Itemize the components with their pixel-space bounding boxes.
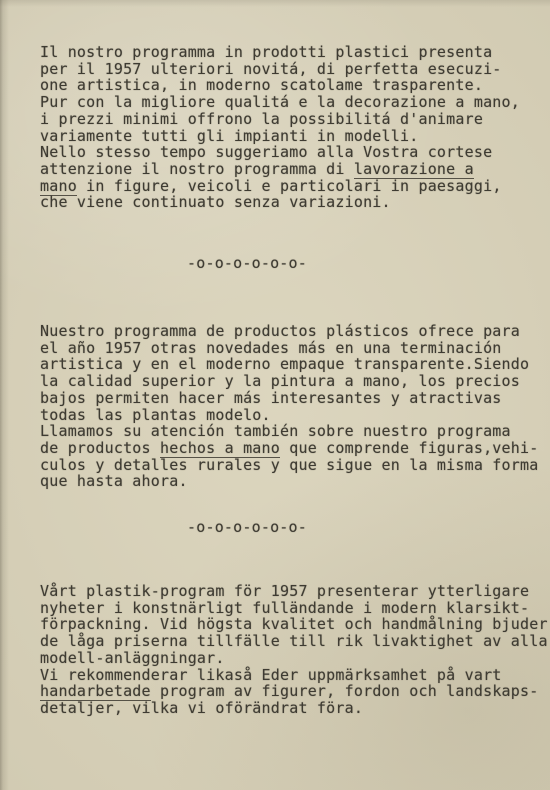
text-line: culos y detalles rurales y que sigue en … — [40, 457, 544, 474]
text-segment: nyheter i konstnärligt fulländande i mod… — [40, 599, 529, 617]
text-line: bajos permiten hacer más interesantes y … — [40, 390, 544, 407]
text-line: modell-anläggningar. — [40, 650, 544, 667]
text-line: Il nostro programma in prodotti plastici… — [40, 44, 544, 61]
text-line: förpackning. Vid högsta kvalitet och han… — [40, 616, 544, 633]
text-segment: Vårt plastik-program för 1957 presentera… — [40, 582, 529, 600]
text-segment: todas las plantas modelo. — [40, 406, 271, 424]
text-line: de productos hechos a mano que comprende… — [40, 440, 544, 457]
text-segment: culos y detalles rurales y que sigue en … — [40, 456, 538, 474]
text-line: handarbetade program av figurer, fordon … — [40, 683, 544, 700]
text-line: la calidad superior y la pintura a mano,… — [40, 373, 544, 390]
text-line: per il 1957 ulteriori novitá, di perfett… — [40, 61, 544, 78]
text-line: todas las plantas modelo. — [40, 407, 544, 424]
text-line: Pur con la migliore qualitá e la decoraz… — [40, 94, 544, 111]
text-line: one artistica, in moderno scatolame tras… — [40, 77, 544, 94]
text-segment: bajos permiten hacer más interesantes y … — [40, 389, 502, 407]
text-segment: artistica y en el moderno empaque transp… — [40, 355, 529, 373]
text-segment: Il nostro programma in prodotti plastici… — [40, 43, 492, 61]
text-segment: Nello stesso tempo suggeriamo alla Vostr… — [40, 143, 492, 161]
text-segment: la calidad superior y la pintura a mano,… — [40, 372, 520, 390]
text-segment: Llamamos su atención también sobre nuest… — [40, 422, 511, 440]
paragraph-italian: Il nostro programma in prodotti plastici… — [40, 44, 544, 211]
text-line: che viene continuato senza variazioni. — [40, 194, 544, 211]
text-line: que hasta ahora. — [40, 473, 544, 490]
text-line: Llamamos su atención también sobre nuest… — [40, 423, 544, 440]
text-segment: che viene continuato senza variazioni. — [40, 193, 391, 211]
text-segment: de låga priserna tillfälle till rik liva… — [40, 632, 548, 650]
text-segment: el año 1957 otras novedades más en una t… — [40, 339, 502, 357]
text-segment: Vi rekommenderar likaså Eder uppmärksamh… — [40, 666, 502, 684]
text-line: artistica y en el moderno empaque transp… — [40, 356, 544, 373]
text-line: de låga priserna tillfälle till rik liva… — [40, 633, 544, 650]
section-divider: -o-o-o-o-o-o- — [187, 255, 307, 272]
text-line: Nello stesso tempo suggeriamo alla Vostr… — [40, 144, 544, 161]
text-segment: Nuestro programma de productos plásticos… — [40, 322, 520, 340]
text-line: variamente tutti gli impianti in modelli… — [40, 128, 544, 145]
text-segment: one artistica, in moderno scatolame tras… — [40, 76, 483, 94]
text-segment: de productos — [40, 439, 160, 457]
text-segment: Pur con la migliore qualitá e la decoraz… — [40, 93, 520, 111]
text-segment: program av figurer, fordon och landskaps… — [151, 682, 539, 700]
section-divider: -o-o-o-o-o-o- — [187, 519, 307, 536]
text-line: i prezzi minimi offrono la possibilitá d… — [40, 111, 544, 128]
text-segment: in figure, veicoli e particolari in paes… — [77, 177, 502, 195]
text-segment: que hasta ahora. — [40, 472, 188, 490]
text-line: attenzione il nostro programma di lavora… — [40, 161, 544, 178]
text-segment: förpackning. Vid högsta kvalitet och han… — [40, 615, 548, 633]
text-line: Nuestro programma de productos plásticos… — [40, 323, 544, 340]
typewritten-page: Il nostro programma in prodotti plastici… — [0, 0, 550, 790]
text-line: detaljer, vilka vi oförändrat föra. — [40, 700, 544, 717]
paragraph-spanish: Nuestro programma de productos plásticos… — [40, 323, 544, 490]
paragraph-swedish: Vårt plastik-program för 1957 presentera… — [40, 583, 544, 717]
text-line: mano in figure, veicoli e particolari in… — [40, 178, 544, 195]
text-segment: i prezzi minimi offrono la possibilitá d… — [40, 110, 483, 128]
text-segment: per il 1957 ulteriori novitá, di perfett… — [40, 60, 502, 78]
text-line: Vårt plastik-program för 1957 presentera… — [40, 583, 544, 600]
text-line: Vi rekommenderar likaså Eder uppmärksamh… — [40, 667, 544, 684]
text-segment: attenzione il nostro programma di — [40, 160, 354, 178]
text-segment: detaljer, vilka vi oförändrat föra. — [40, 699, 363, 717]
text-segment: modell-anläggningar. — [40, 649, 225, 667]
text-line: el año 1957 otras novedades más en una t… — [40, 340, 544, 357]
text-segment: variamente tutti gli impianti in modelli… — [40, 127, 418, 145]
text-line: nyheter i konstnärligt fulländande i mod… — [40, 600, 544, 617]
text-segment: que comprende figuras,vehi- — [280, 439, 538, 457]
